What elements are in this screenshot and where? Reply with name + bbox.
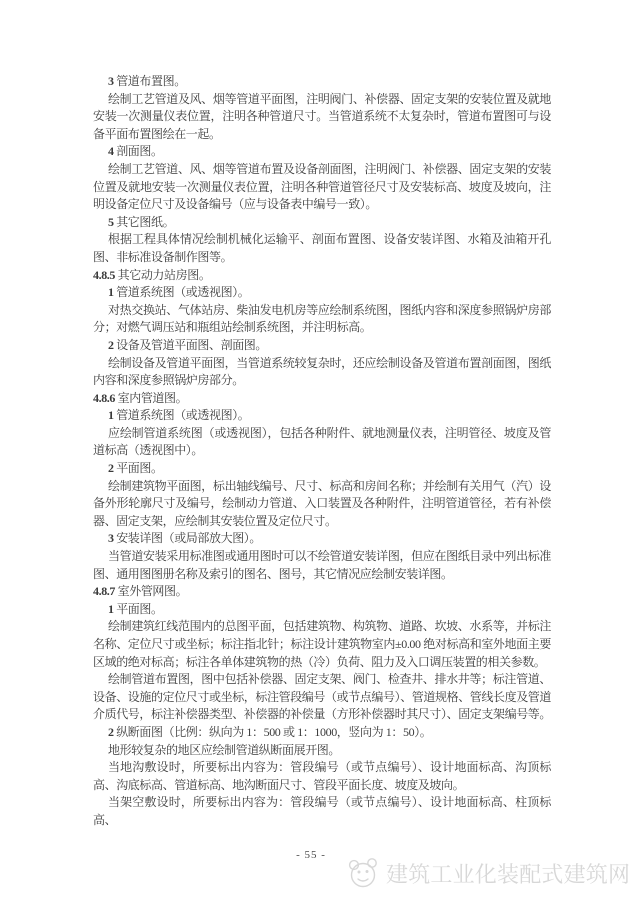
paragraph: 根据工程具体情况绘制机械化运输平、剖面布置图、设备安装详图、水箱及油箱开孔图、非… [93,231,551,266]
paragraph: 应绘制管道系统图（或透视图），包括各种附件、就地测量仪表，注明管径、坡度及管道标… [93,425,551,460]
item-number: 2 [108,725,114,739]
numbered-item: 1 管道系统图（或透视图）。 [93,284,551,302]
numbered-item: 1 管道系统图（或透视图）。 [93,407,551,425]
section-heading: 4.8.7 室外管网图。 [93,583,551,601]
item-number: 3 [108,74,114,88]
section-heading: 4.8.5 其它动力站房图。 [93,267,551,285]
item-number: 2 [108,338,114,352]
paragraph: 绘制工艺管道、风、烟等管道布置及设备剖面图，注明阀门、补偿器、固定支架的安装位置… [93,161,551,214]
item-number: 4.8.6 [93,391,115,405]
item-number: 4.8.7 [93,584,115,598]
item-number: 2 [108,461,114,475]
paragraph: 绘制建筑红线范围内的总图平面，包括建筑物、构筑物、道路、坎坡、水系等，并标注名称… [93,618,551,671]
item-number: 5 [108,215,114,229]
watermark: 建筑工业化装配式建筑网 [346,856,630,890]
numbered-item: 3 管道布置图。 [93,73,551,91]
numbered-item: 3 安装详图（或局部放大图）。 [93,530,551,548]
paragraph: 绘制建筑物平面图，标出轴线编号、尺寸、标高和房间名称；并绘制有关用气（汽）设备外… [93,478,551,531]
document-page: 3 管道布置图。绘制工艺管道及风、烟等管道平面图，注明阀门、补偿器、固定支架的安… [0,0,640,905]
numbered-item: 5 其它图纸。 [93,214,551,232]
paragraph: 当地沟敷设时，所要标出内容为：管段编号（或节点编号）、设计地面标高、沟顶标高、沟… [93,759,551,794]
paragraph: 绘制管道布置图，图中包括补偿器、固定支架、阀门、检查井、排水井等；标注管道、设备… [93,671,551,724]
paragraph: 绘制设备及管道平面图，当管道系统较复杂时，还应绘制设备及管道布置剖面图，图纸内容… [93,355,551,390]
watermark-text: 建筑工业化装配式建筑网 [386,858,630,889]
item-number: 1 [108,408,114,422]
numbered-item: 2 纵断面图（比例：纵向为 1：500 或 1：1000，竖向为 1：50）。 [93,724,551,742]
paragraph: 对热交换站、气体站房、柴油发电机房等应绘制系统图，图纸内容和深度参照锅炉房部分；… [93,302,551,337]
numbered-item: 2 设备及管道平面图、剖面图。 [93,337,551,355]
section-heading: 4.8.6 室内管道图。 [93,390,551,408]
panda-face-icon [346,856,384,890]
paragraph: 当架空敷设时，所要标出内容为：管段编号（或节点编号）、设计地面标高、柱顶标高、 [93,794,551,829]
item-number: 4 [108,144,114,158]
item-number: 4.8.5 [93,268,115,282]
item-number: 3 [108,531,114,545]
paragraph: 绘制工艺管道及风、烟等管道平面图，注明阀门、补偿器、固定支架的安装位置及就地安装… [93,91,551,144]
paragraph: 地形较复杂的地区应绘制管道纵断面展开图。 [93,742,551,760]
item-number: 1 [108,285,114,299]
numbered-item: 4 剖面图。 [93,143,551,161]
document-body: 3 管道布置图。绘制工艺管道及风、烟等管道平面图，注明阀门、补偿器、固定支架的安… [93,73,551,830]
item-number: 1 [108,602,114,616]
numbered-item: 1 平面图。 [93,601,551,619]
numbered-item: 2 平面图。 [93,460,551,478]
paragraph: 当管道安装采用标准图或通用图时可以不绘管道安装详图，但应在图纸目录中列出标准图、… [93,548,551,583]
